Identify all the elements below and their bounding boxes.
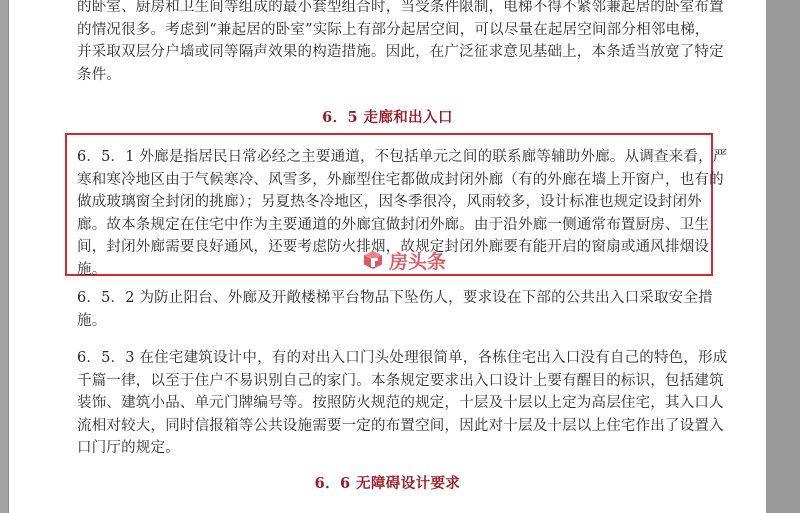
watermark-text: 房头条 [389, 247, 446, 274]
left-viewer-border [0, 0, 9, 513]
clause-6-5-2: 6．5．2 为防止阳台、外廊及开敞楼梯平台物品下坠伤人，要求设在下部的公共出入口… [77, 287, 707, 332]
text-line: 廊。故本条规定在住宅中作为主要通道的外廊宜做封闭外廊。由于沿外廊一侧通常布置厨房… [77, 214, 707, 237]
section-heading-6-6: 6．6 无障碍设计要求 [9, 472, 766, 493]
watermark: 房头条 [363, 247, 446, 273]
text-line: 6．5．3 在住宅建筑设计中，有的对出入口门头处理很简单，各栋住宅出入口没有自己… [77, 347, 707, 370]
text-line: 6．5．1 外廊是指居民日常必经之主要通道，不包括单元之间的联系廊等辅助外廊。从… [77, 146, 707, 169]
text-line: 条件。 [77, 64, 707, 87]
text-line: 寒和寒冷地区由于气候寒冷、风雪多，外廊型住宅都做成封闭外廊（有的外廊在墙上开窗户… [77, 169, 707, 192]
text-line: 的卧室、厨房和卫生间等组成的最小套型组合时，当受条件限制，电梯不得不紧邻兼起居的… [77, 0, 707, 19]
text-line: 千篇一律，以至于住户不易识别自己的家门。本条规定要求出入口设计上要有醒目的标识，… [77, 370, 707, 393]
fangtoutiao-logo-icon [363, 250, 383, 270]
text-line: 口门厅的规定。 [77, 437, 707, 460]
text-line: 6．5．2 为防止阳台、外廊及开敞楼梯平台物品下坠伤人，要求设在下部的公共出入口… [77, 287, 707, 310]
text-line: 的情况很多。考虑到“兼起居的卧室”实际上有部分起居空间，可以尽量在起居空间部分相… [77, 19, 707, 42]
document-page: 的卧室、厨房和卫生间等组成的最小套型组合时，当受条件限制，电梯不得不紧邻兼起居的… [9, 0, 766, 513]
text-line: 流相对较大，同时信报箱等公共设施需要一定的布置空间，因此对十层及十层以上住宅作出… [77, 415, 707, 438]
text-line: 并采取双层分户墙或同等隔声效果的构造措施。因此，在广泛征求意见基础上，本条适当放… [77, 41, 707, 64]
text-line: 施。 [77, 310, 707, 333]
section-heading-6-5: 6．5 走廊和出入口 [9, 106, 766, 127]
intro-paragraph: 的卧室、厨房和卫生间等组成的最小套型组合时，当受条件限制，电梯不得不紧邻兼起居的… [77, 0, 707, 86]
right-viewer-gutter [766, 0, 800, 513]
text-line: 做成玻璃窗全封闭的挑廊）；另夏热冬冷地区，因冬季很冷，风雨较多，设计标准也规定设… [77, 191, 707, 214]
clause-6-5-3: 6．5．3 在住宅建筑设计中，有的对出入口门头处理很简单，各栋住宅出入口没有自己… [77, 347, 707, 460]
text-line: 装饰、建筑小品、单元门牌编号等。按照防火规范的规定，十层及十层以上定为高层住宅，… [77, 392, 707, 415]
